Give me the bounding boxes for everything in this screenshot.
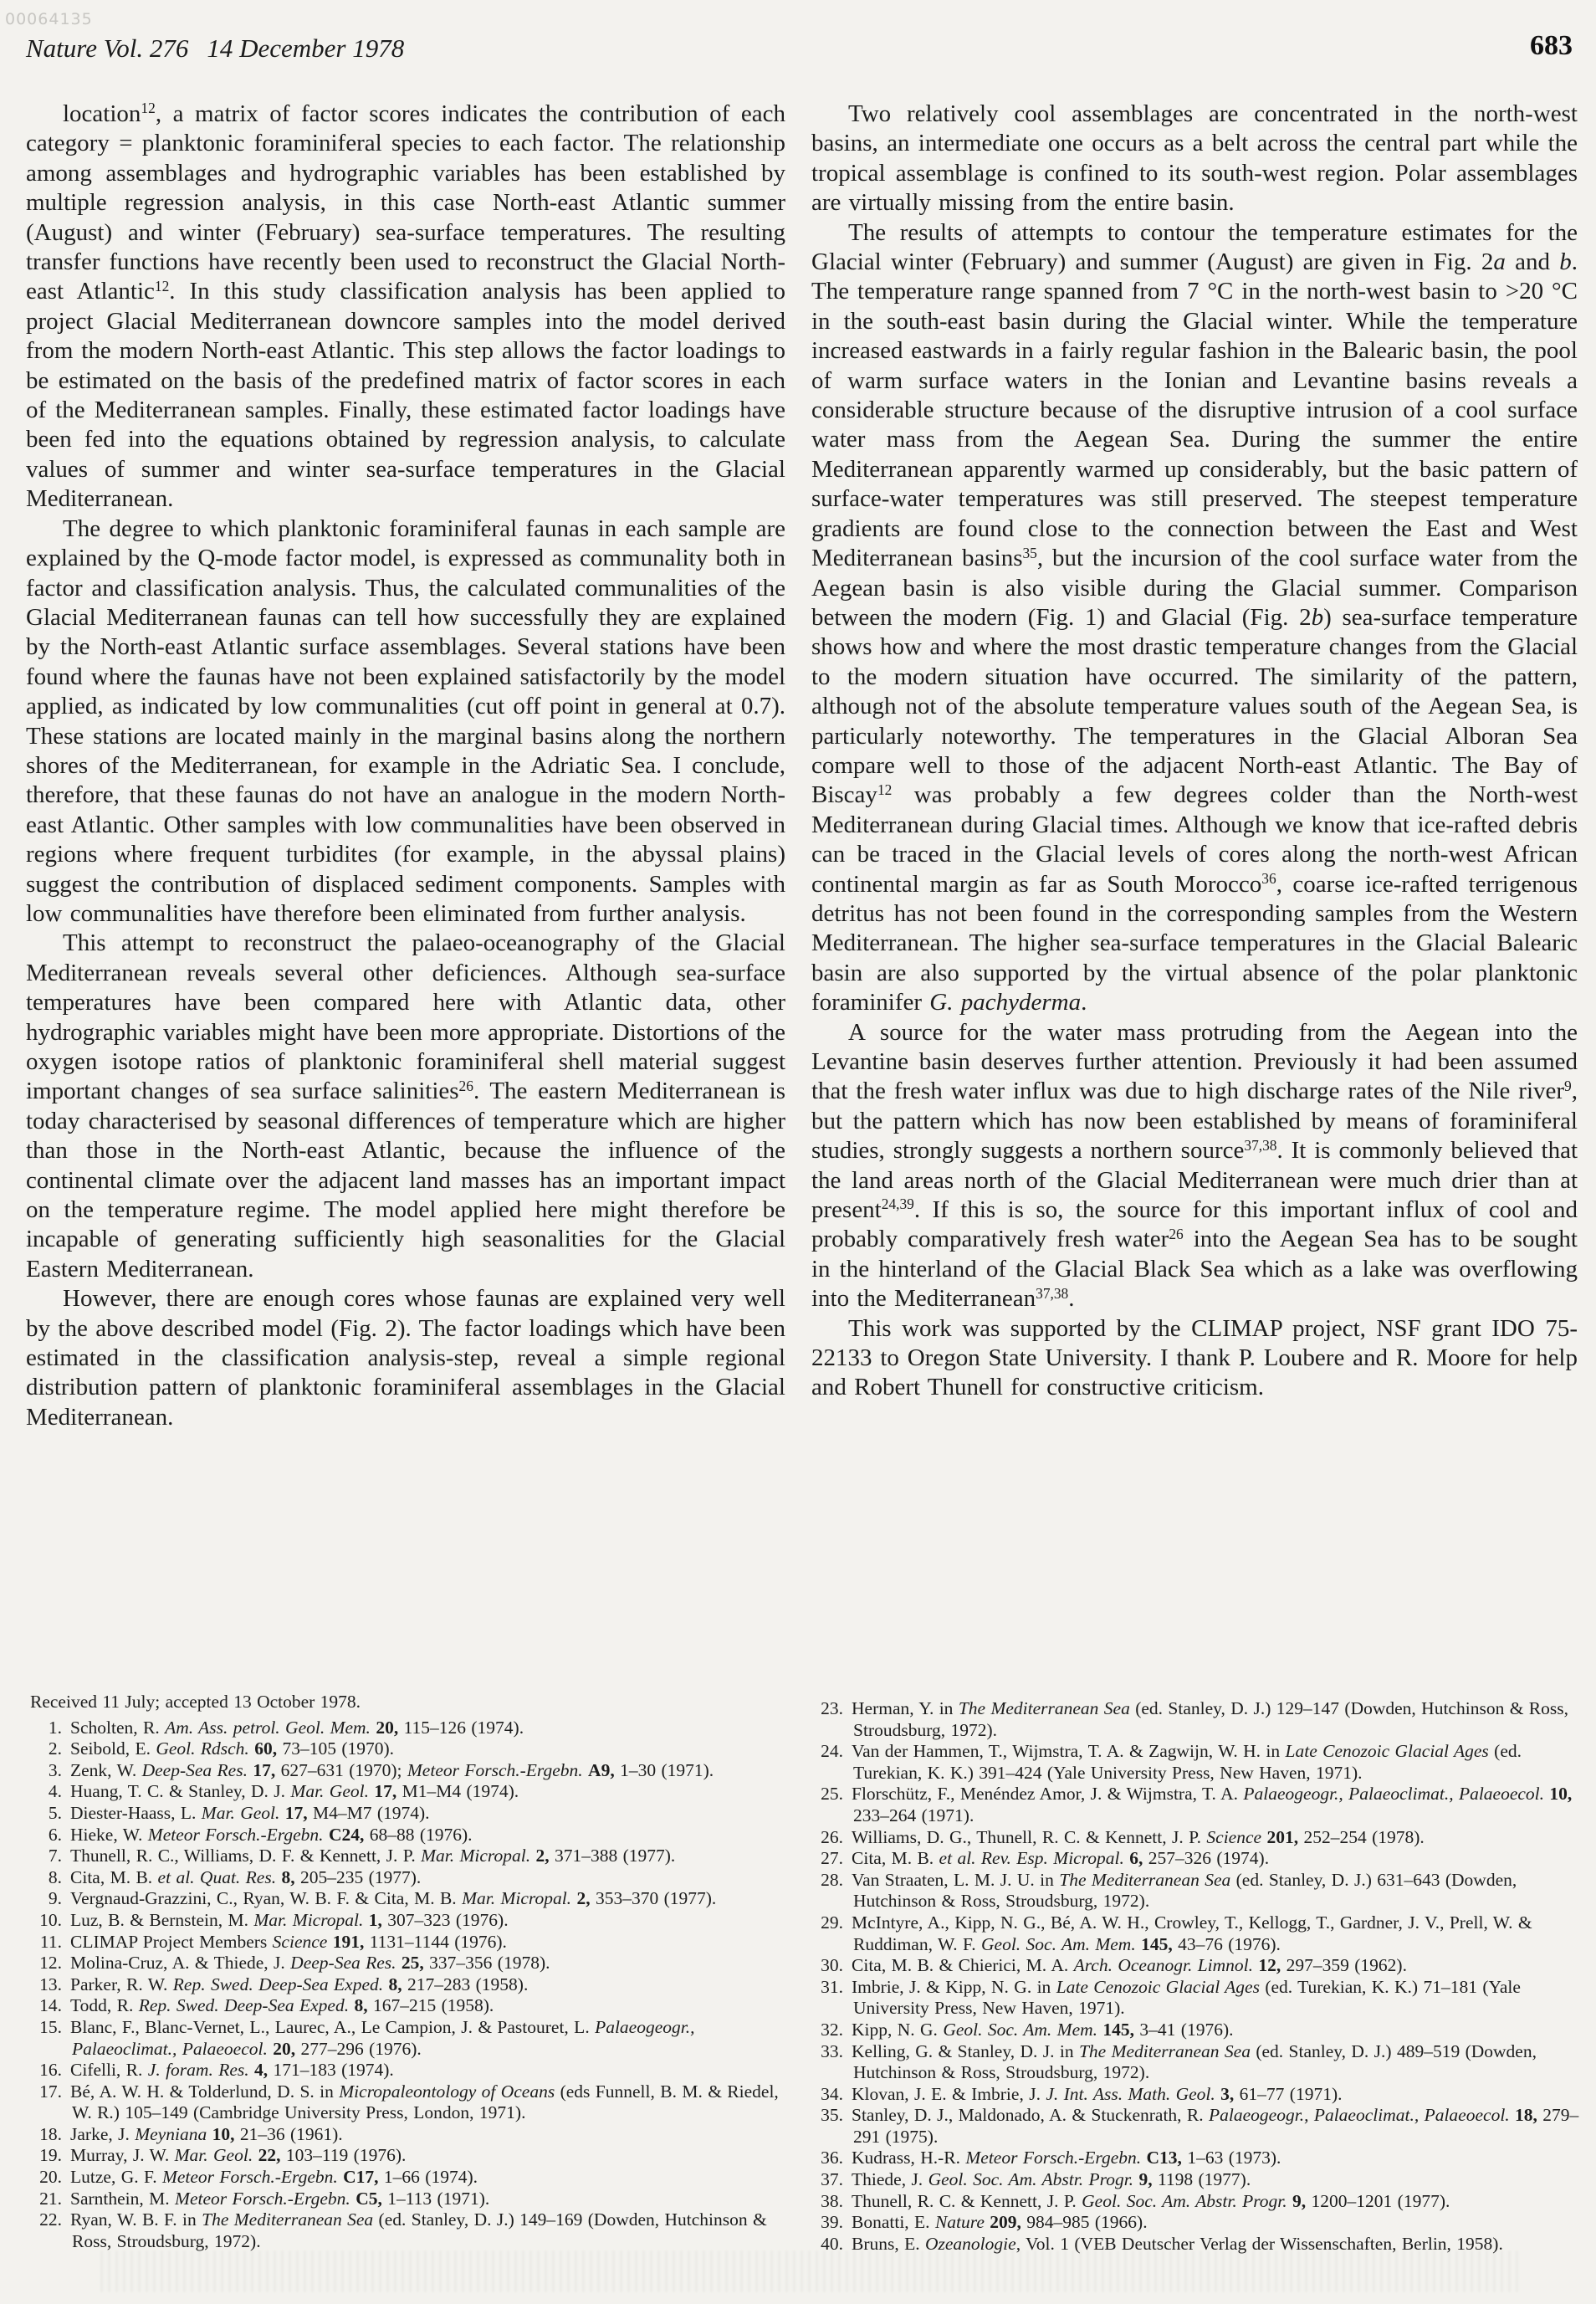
- reference-text: Cita, M. B. et al. Quat. Res. 8, 205–235…: [70, 1867, 421, 1887]
- body-paragraph: Two relatively cool assemblages are conc…: [811, 100, 1578, 218]
- reference-item: 12.Molina-Cruz, A. & Thiede, J. Deep-Sea…: [30, 1953, 790, 1974]
- reference-text: Bé, A. W. H. & Tolderlund, D. S. in Micr…: [70, 2081, 779, 2123]
- reference-item: 25.Florschütz, F., Menéndez Amor, J. & W…: [811, 1784, 1585, 1826]
- reference-item: 13.Parker, R. W. Rep. Swed. Deep-Sea Exp…: [30, 1974, 790, 1996]
- reference-item: 37.Thiede, J. Geol. Soc. Am. Abstr. Prog…: [811, 2169, 1585, 2191]
- reference-text: Ryan, W. B. F. in The Mediterranean Sea …: [70, 2209, 767, 2251]
- body-paragraph: The results of attempts to contour the t…: [811, 218, 1578, 1018]
- reference-item: 9.Vergnaud-Grazzini, C., Ryan, W. B. F. …: [30, 1888, 790, 1910]
- reference-text: Thunell, R. C., Williams, D. F. & Kennet…: [70, 1846, 675, 1866]
- reference-item: 8.Cita, M. B. et al. Quat. Res. 8, 205–2…: [30, 1867, 790, 1889]
- reference-text: Todd, R. Rep. Swed. Deep-Sea Exped. 8, 1…: [70, 1995, 494, 2015]
- reference-item: 29.McIntyre, A., Kipp, N. G., Bé, A. W. …: [811, 1912, 1585, 1955]
- reference-item: 10.Luz, B. & Bernstein, M. Mar. Micropal…: [30, 1910, 790, 1932]
- reference-number: 14.: [30, 1995, 62, 2017]
- reference-item: 20.Lutze, G. F. Meteor Forsch.-Ergebn. C…: [30, 2167, 790, 2189]
- references-column-right: 23.Herman, Y. in The Mediterranean Sea (…: [811, 1698, 1585, 2255]
- reference-text: Thunell, R. C. & Kennett, J. P. Geol. So…: [852, 2191, 1450, 2211]
- reference-number: 8.: [30, 1867, 62, 1889]
- reference-number: 19.: [30, 2145, 62, 2167]
- reference-number: 29.: [811, 1912, 843, 1934]
- scan-watermark: 00064135: [5, 10, 93, 28]
- reference-text: Kelling, G. & Stanley, D. J. in The Medi…: [852, 2041, 1537, 2083]
- reference-item: 14.Todd, R. Rep. Swed. Deep-Sea Exped. 8…: [30, 1995, 790, 2017]
- reference-number: 6.: [30, 1825, 62, 1846]
- reference-text: Cita, M. B. & Chierici, M. A. Arch. Ocea…: [852, 1955, 1407, 1975]
- reference-text: Herman, Y. in The Mediterranean Sea (ed.…: [852, 1698, 1568, 1740]
- reference-item: 26.Williams, D. G., Thunell, R. C. & Ken…: [811, 1827, 1585, 1849]
- reference-number: 12.: [30, 1953, 62, 1974]
- issue-date: 14 December 1978: [207, 33, 404, 63]
- reference-number: 28.: [811, 1870, 843, 1892]
- reference-number: 34.: [811, 2084, 843, 2106]
- reference-text: Kipp, N. G. Geol. Soc. Am. Mem. 145, 3–4…: [852, 2020, 1233, 2040]
- reference-number: 5.: [30, 1803, 62, 1825]
- reference-item: 39.Bonatti, E. Nature 209, 984–985 (1966…: [811, 2212, 1585, 2234]
- reference-text: Imbrie, J. & Kipp, N. G. in Late Cenozoi…: [852, 1977, 1521, 2019]
- reference-number: 33.: [811, 2041, 843, 2063]
- reference-text: Scholten, R. Am. Ass. petrol. Geol. Mem.…: [70, 1718, 524, 1738]
- reference-item: 18.Jarke, J. Meyniana 10, 21–36 (1961).: [30, 2124, 790, 2146]
- reference-number: 25.: [811, 1784, 843, 1805]
- references-column-left: Received 11 July; accepted 13 October 19…: [30, 1692, 790, 2252]
- page-header: Nature Vol. 27614 December 1978: [26, 33, 404, 64]
- reference-number: 22.: [30, 2209, 62, 2231]
- reference-text: Molina-Cruz, A. & Thiede, J. Deep-Sea Re…: [70, 1953, 550, 1973]
- reference-text: Kudrass, H.-R. Meteor Forsch.-Ergebn. C1…: [852, 2148, 1281, 2168]
- reference-number: 2.: [30, 1738, 62, 1760]
- reference-item: 4.Huang, T. C. & Stanley, D. J. Mar. Geo…: [30, 1781, 790, 1803]
- reference-number: 7.: [30, 1846, 62, 1867]
- journal-title: Nature Vol. 276: [26, 33, 188, 63]
- reference-number: 36.: [811, 2148, 843, 2169]
- reference-text: Luz, B. & Bernstein, M. Mar. Micropal. 1…: [70, 1910, 509, 1930]
- reference-number: 38.: [811, 2191, 843, 2213]
- reference-item: 33.Kelling, G. & Stanley, D. J. in The M…: [811, 2041, 1585, 2084]
- reference-text: Diester-Haass, L. Mar. Geol. 17, M4–M7 (…: [70, 1803, 430, 1823]
- body-paragraph: This work was supported by the CLIMAP pr…: [811, 1314, 1578, 1403]
- reference-text: Parker, R. W. Rep. Swed. Deep-Sea Exped.…: [70, 1974, 528, 1994]
- reference-text: Zenk, W. Deep-Sea Res. 17, 627–631 (1970…: [70, 1760, 714, 1780]
- reference-item: 7.Thunell, R. C., Williams, D. F. & Kenn…: [30, 1846, 790, 1867]
- reference-number: 39.: [811, 2212, 843, 2234]
- reference-text: Van Straaten, L. M. J. U. in The Mediter…: [852, 1870, 1517, 1912]
- reference-number: 18.: [30, 2124, 62, 2146]
- body-column-left: location12, a matrix of factor scores in…: [26, 100, 785, 1432]
- body-column-right: Two relatively cool assemblages are conc…: [811, 100, 1578, 1403]
- reference-text: McIntyre, A., Kipp, N. G., Bé, A. W. H.,…: [852, 1912, 1532, 1954]
- reference-text: Stanley, D. J., Maldonado, A. & Stuckenr…: [852, 2105, 1578, 2147]
- reference-number: 4.: [30, 1781, 62, 1803]
- reference-number: 30.: [811, 1955, 843, 1977]
- reference-item: 38.Thunell, R. C. & Kennett, J. P. Geol.…: [811, 2191, 1585, 2213]
- reference-number: 24.: [811, 1741, 843, 1763]
- reference-text: Vergnaud-Grazzini, C., Ryan, W. B. F. & …: [70, 1888, 716, 1908]
- reference-number: 11.: [30, 1932, 62, 1953]
- reference-text: Murray, J. W. Mar. Geol. 22, 103–119 (19…: [70, 2145, 406, 2165]
- reference-number: 1.: [30, 1718, 62, 1739]
- reference-item: 35.Stanley, D. J., Maldonado, A. & Stuck…: [811, 2105, 1585, 2148]
- reference-text: Huang, T. C. & Stanley, D. J. Mar. Geol.…: [70, 1781, 519, 1801]
- body-paragraph: However, there are enough cores whose fa…: [26, 1284, 785, 1432]
- received-accepted-line: Received 11 July; accepted 13 October 19…: [30, 1692, 790, 1713]
- reference-item: 21.Sarnthein, M. Meteor Forsch.-Ergebn. …: [30, 2189, 790, 2210]
- body-paragraph: The degree to which planktonic foraminif…: [26, 515, 785, 929]
- reference-text: Jarke, J. Meyniana 10, 21–36 (1961).: [70, 2124, 343, 2144]
- reference-item: 1.Scholten, R. Am. Ass. petrol. Geol. Me…: [30, 1718, 790, 1739]
- reference-text: CLIMAP Project Members Science 191, 1131…: [70, 1932, 507, 1952]
- reference-number: 32.: [811, 2020, 843, 2041]
- reference-item: 36.Kudrass, H.-R. Meteor Forsch.-Ergebn.…: [811, 2148, 1585, 2169]
- reference-number: 15.: [30, 2017, 62, 2039]
- reference-item: 19.Murray, J. W. Mar. Geol. 22, 103–119 …: [30, 2145, 790, 2167]
- reference-item: 30.Cita, M. B. & Chierici, M. A. Arch. O…: [811, 1955, 1585, 1977]
- reference-text: Seibold, E. Geol. Rdsch. 60, 73–105 (197…: [70, 1738, 394, 1759]
- body-paragraph: This attempt to reconstruct the palaeo-o…: [26, 929, 785, 1284]
- reference-number: 16.: [30, 2060, 62, 2081]
- reference-number: 35.: [811, 2105, 843, 2127]
- reference-item: 34.Klovan, J. E. & Imbrie, J. J. Int. As…: [811, 2084, 1585, 2106]
- reference-number: 37.: [811, 2169, 843, 2191]
- reference-item: 27.Cita, M. B. et al. Rev. Esp. Micropal…: [811, 1848, 1585, 1870]
- reference-text: Williams, D. G., Thunell, R. C. & Kennet…: [852, 1827, 1425, 1847]
- scan-ghost-artifact: [100, 2250, 1522, 2292]
- page-number: 683: [1530, 30, 1573, 62]
- reference-number: 20.: [30, 2167, 62, 2189]
- reference-number: 9.: [30, 1888, 62, 1910]
- reference-number: 10.: [30, 1910, 62, 1932]
- reference-item: 11.CLIMAP Project Members Science 191, 1…: [30, 1932, 790, 1953]
- reference-number: 3.: [30, 1760, 62, 1782]
- reference-item: 28.Van Straaten, L. M. J. U. in The Medi…: [811, 1870, 1585, 1912]
- reference-number: 23.: [811, 1698, 843, 1720]
- reference-number: 17.: [30, 2081, 62, 2103]
- reference-item: 22.Ryan, W. B. F. in The Mediterranean S…: [30, 2209, 790, 2252]
- reference-item: 16.Cifelli, R. J. foram. Res. 4, 171–183…: [30, 2060, 790, 2081]
- reference-item: 24.Van der Hammen, T., Wijmstra, T. A. &…: [811, 1741, 1585, 1784]
- reference-text: Florschütz, F., Menéndez Amor, J. & Wijm…: [852, 1784, 1572, 1825]
- reference-text: Hieke, W. Meteor Forsch.-Ergebn. C24, 68…: [70, 1825, 473, 1845]
- reference-number: 26.: [811, 1827, 843, 1849]
- reference-item: 6.Hieke, W. Meteor Forsch.-Ergebn. C24, …: [30, 1825, 790, 1846]
- reference-item: 32.Kipp, N. G. Geol. Soc. Am. Mem. 145, …: [811, 2020, 1585, 2041]
- body-paragraph: A source for the water mass protruding f…: [811, 1018, 1578, 1314]
- reference-text: Bonatti, E. Nature 209, 984–985 (1966).: [852, 2212, 1148, 2232]
- reference-text: Blanc, F., Blanc-Vernet, L., Laurec, A.,…: [70, 2017, 695, 2059]
- reference-item: 31.Imbrie, J. & Kipp, N. G. in Late Ceno…: [811, 1977, 1585, 2020]
- reference-number: 31.: [811, 1977, 843, 1999]
- reference-text: Sarnthein, M. Meteor Forsch.-Ergebn. C5,…: [70, 2189, 489, 2209]
- reference-text: Van der Hammen, T., Wijmstra, T. A. & Za…: [852, 1741, 1522, 1783]
- reference-text: Thiede, J. Geol. Soc. Am. Abstr. Progr. …: [852, 2169, 1251, 2189]
- reference-text: Cita, M. B. et al. Rev. Esp. Micropal. 6…: [852, 1848, 1269, 1868]
- reference-number: 27.: [811, 1848, 843, 1870]
- reference-item: 23.Herman, Y. in The Mediterranean Sea (…: [811, 1698, 1585, 1741]
- reference-item: 2.Seibold, E. Geol. Rdsch. 60, 73–105 (1…: [30, 1738, 790, 1760]
- reference-number: 13.: [30, 1974, 62, 1996]
- reference-text: Lutze, G. F. Meteor Forsch.-Ergebn. C17,…: [70, 2167, 478, 2187]
- references-list-right: 23.Herman, Y. in The Mediterranean Sea (…: [811, 1698, 1585, 2255]
- reference-item: 5.Diester-Haass, L. Mar. Geol. 17, M4–M7…: [30, 1803, 790, 1825]
- reference-item: 17.Bé, A. W. H. & Tolderlund, D. S. in M…: [30, 2081, 790, 2124]
- references-list-left: 1.Scholten, R. Am. Ass. petrol. Geol. Me…: [30, 1718, 790, 2253]
- reference-item: 15.Blanc, F., Blanc-Vernet, L., Laurec, …: [30, 2017, 790, 2060]
- body-paragraph: location12, a matrix of factor scores in…: [26, 100, 785, 515]
- reference-item: 3.Zenk, W. Deep-Sea Res. 17, 627–631 (19…: [30, 1760, 790, 1782]
- reference-number: 21.: [30, 2189, 62, 2210]
- reference-text: Klovan, J. E. & Imbrie, J. J. Int. Ass. …: [852, 2084, 1343, 2104]
- journal-page: 00064135 Nature Vol. 27614 December 1978…: [0, 0, 1596, 2304]
- reference-text: Cifelli, R. J. foram. Res. 4, 171–183 (1…: [70, 2060, 394, 2080]
